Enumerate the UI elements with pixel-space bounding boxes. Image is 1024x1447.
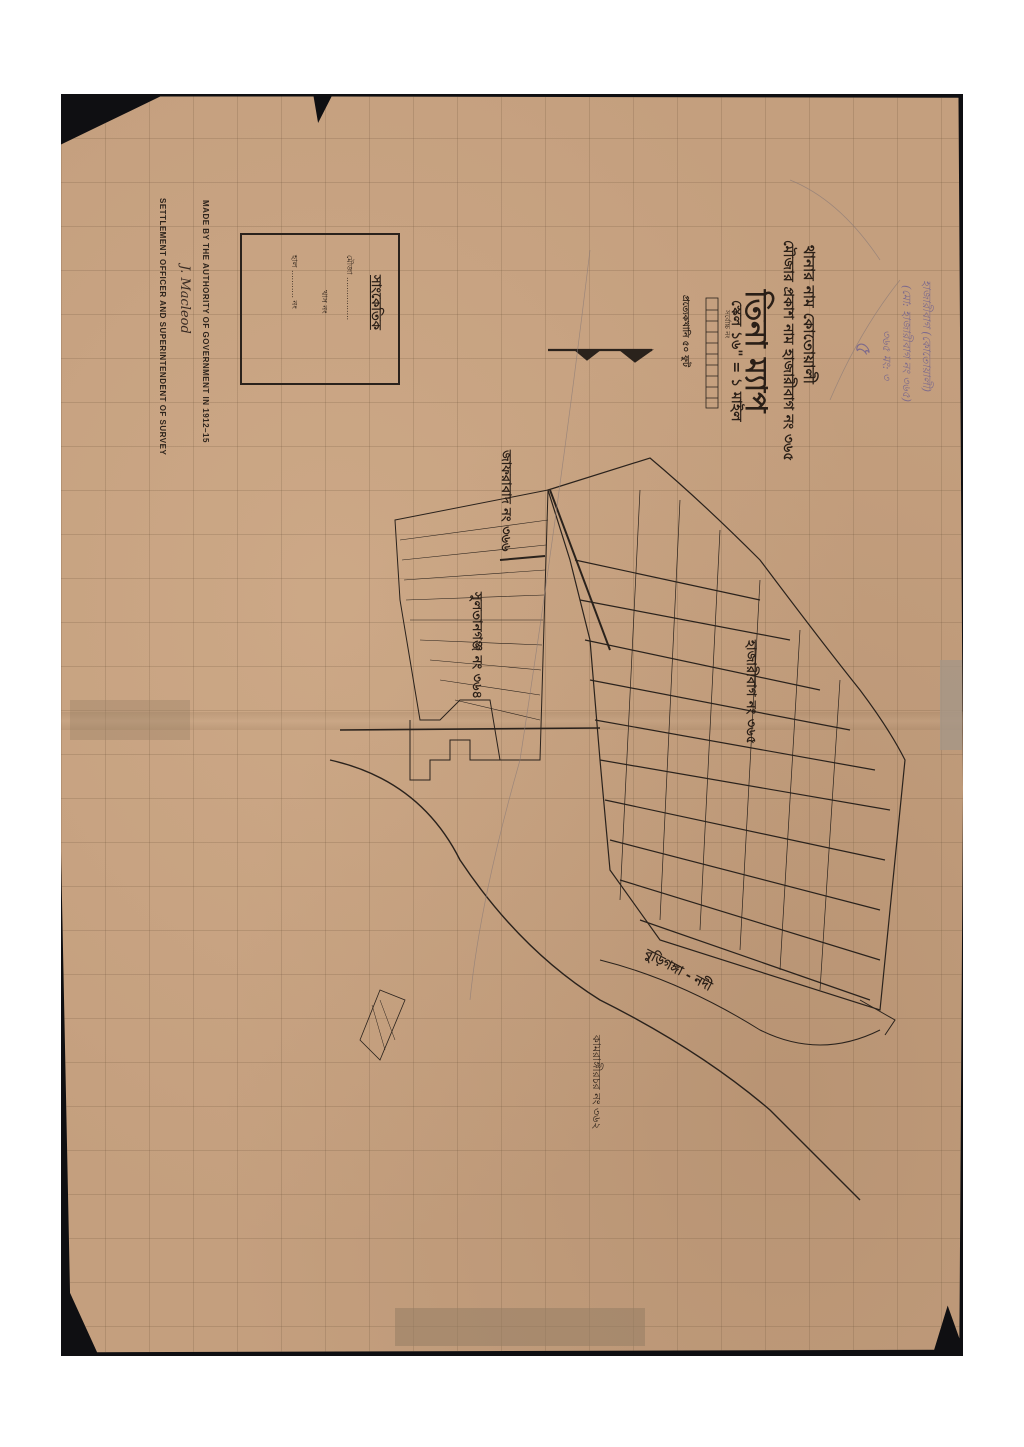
officer-signature: J. Macleod bbox=[177, 265, 192, 334]
handwritten-note: হাজারীবাগ (কোতোয়ালী) bbox=[916, 280, 935, 392]
cadastral-plot-lines bbox=[0, 0, 1024, 1447]
handwritten-note: ৩৬৫ মং: ৩ bbox=[876, 330, 895, 380]
handwritten-corner-mark: ৫ bbox=[843, 340, 880, 354]
label-main-mouza: হাজারীবাগ নং ৩৬৫ bbox=[739, 640, 760, 744]
label-adjacent-south: কামরাঙ্গীরচর নং ৩৬২ bbox=[586, 1035, 605, 1129]
scale-bar-label: প্রত্যেকখানি ৫০ ফুট bbox=[678, 295, 693, 367]
scale-bar-note: সর্বোচ্চ নং bbox=[721, 310, 733, 338]
label-adjacent-north: জাফরাবাদ নং ৩৬৬ bbox=[494, 450, 515, 551]
legend-row: খাস নং bbox=[317, 290, 330, 314]
legend-heading: সাংকেতিক bbox=[364, 275, 385, 330]
legend-row: মৌজা ................. bbox=[342, 255, 355, 320]
legend-row: হাল ........... নং bbox=[287, 255, 300, 309]
authority-line: MADE BY THE AUTHORITY OF GOVERNMENT IN 1… bbox=[201, 200, 210, 443]
label-adjacent-west: সুলতানগঞ্জ নং ৩৬৪ bbox=[465, 592, 486, 699]
handwritten-note: (মো: হাজারীবাগ নং ৩৬৫) bbox=[896, 285, 915, 402]
settlement-officer-line: SETTLEMENT OFFICER AND SUPERINTENDENT OF… bbox=[158, 198, 167, 455]
